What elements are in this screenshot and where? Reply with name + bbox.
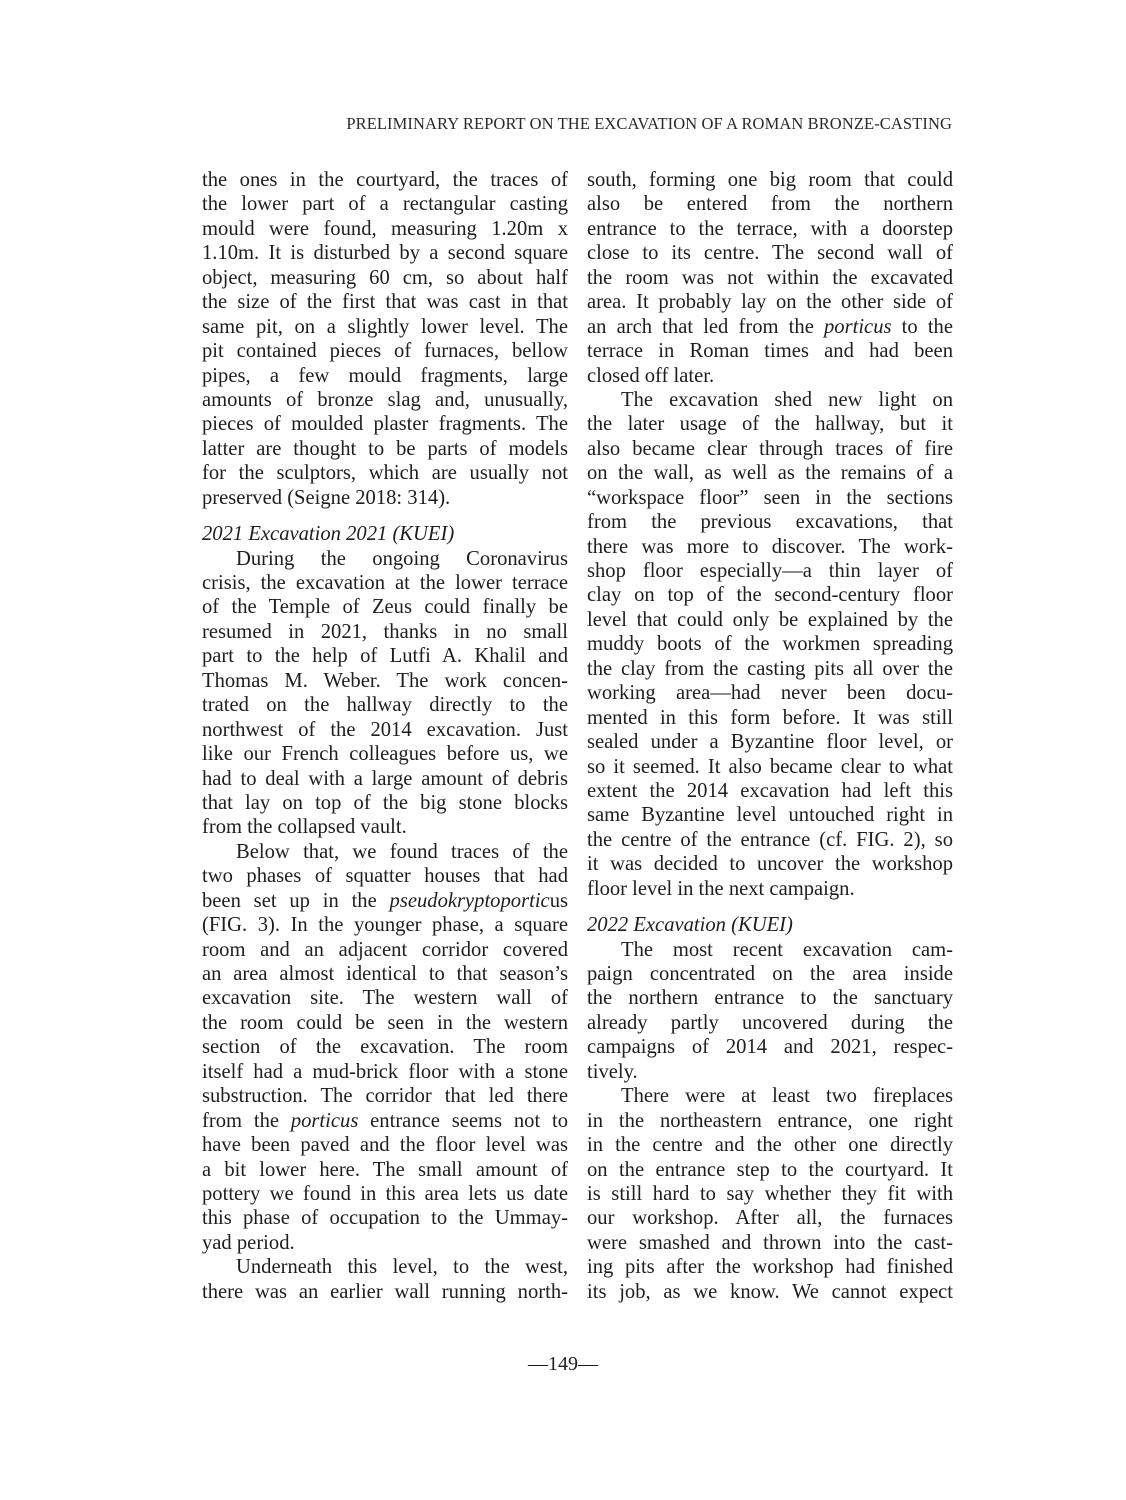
- text-line: extent the 2014 excavation had left this: [587, 779, 953, 803]
- text-line: Below that, we found traces of the: [202, 840, 568, 864]
- text-line: floor level in the next campaign.: [587, 877, 953, 901]
- text-line: an area almost identical to that season’…: [202, 962, 568, 986]
- text-line: there was an earlier wall running north-: [202, 1280, 568, 1304]
- text-line: area. It probably lay on the other side …: [587, 290, 953, 314]
- text-line: it was decided to uncover the workshop: [587, 852, 953, 876]
- text-line: campaigns of 2014 and 2021, respec-: [587, 1035, 953, 1059]
- text-line: Underneath this level, to the west,: [202, 1255, 568, 1279]
- text-line: sealed under a Byzantine floor level, or: [587, 730, 953, 754]
- text-line: were smashed and thrown into the cast-: [587, 1231, 953, 1255]
- text-line: like our French colleagues before us, we: [202, 742, 568, 766]
- text-line: the ones in the courtyard, the traces of: [202, 168, 568, 192]
- text-line: the clay from the casting pits all over …: [587, 657, 953, 681]
- text-line: is still hard to say whether they fit wi…: [587, 1182, 953, 1206]
- text-line: so it seemed. It also became clear to wh…: [587, 755, 953, 779]
- text-line: mented in this form before. It was still: [587, 706, 953, 730]
- text-line: (FIG. 3). In the younger phase, a square: [202, 913, 568, 937]
- text-line: had to deal with a large amount of debri…: [202, 767, 568, 791]
- text-line: closed off later.: [587, 364, 953, 388]
- text-line: substruction. The corridor that led ther…: [202, 1084, 568, 1108]
- text-line: muddy boots of the workmen spreading: [587, 632, 953, 656]
- text-line: an arch that led from the porticus to th…: [587, 315, 953, 339]
- text-line: a bit lower here. The small amount of: [202, 1158, 568, 1182]
- text-line: clay on top of the second-century floor: [587, 583, 953, 607]
- text-line: yad period.: [202, 1231, 568, 1255]
- italic-term: pseudokryptoportic: [390, 890, 550, 912]
- text-line: pottery we found in this area lets us da…: [202, 1182, 568, 1206]
- text-line: same Byzantine level untouched right in: [587, 803, 953, 827]
- text-line: object, measuring 60 cm, so about half: [202, 266, 568, 290]
- text-line: the northern entrance to the sanctuary: [587, 986, 953, 1010]
- left-column: the ones in the courtyard, the traces of…: [202, 168, 568, 1304]
- text-line: have been paved and the floor level was: [202, 1133, 568, 1157]
- text-line: of the Temple of Zeus could finally be: [202, 595, 568, 619]
- text-line: for the sculptors, which are usually not: [202, 461, 568, 485]
- text-line: this phase of occupation to the Ummay-: [202, 1206, 568, 1230]
- text-line: on the entrance step to the courtyard. I…: [587, 1158, 953, 1182]
- text-line: its job, as we know. We cannot expect: [587, 1280, 953, 1304]
- paragraph: During the ongoing Coronavirus crisis, t…: [202, 547, 568, 840]
- text-line: in the northeastern entrance, one right: [587, 1109, 953, 1133]
- right-column: south, forming one big room that could a…: [587, 168, 953, 1304]
- document-page: PRELIMINARY REPORT ON THE EXCAVATION OF …: [0, 0, 1126, 1500]
- text-run: entrance seems not to: [358, 1110, 568, 1132]
- text-line: crisis, the excavation at the lower terr…: [202, 571, 568, 595]
- text-line: tively.: [587, 1060, 953, 1084]
- text-line: amounts of bronze slag and, unusually,: [202, 388, 568, 412]
- text-line: There were at least two fireplaces: [587, 1084, 953, 1108]
- text-line: The excavation shed new light on: [587, 388, 953, 412]
- text-line: already partly uncovered during the: [587, 1011, 953, 1035]
- text-line: 1.10m. It is disturbed by a second squar…: [202, 241, 568, 265]
- text-line: room and an adjacent corridor covered: [202, 938, 568, 962]
- text-line: latter are thought to be parts of models: [202, 437, 568, 461]
- text-line: “workspace floor” seen in the sections: [587, 486, 953, 510]
- text-line: shop floor especially—a thin layer of: [587, 559, 953, 583]
- text-line: ing pits after the workshop had finished: [587, 1255, 953, 1279]
- text-line: south, forming one big room that could: [587, 168, 953, 192]
- text-line: entrance to the terrace, with a doorstep: [587, 217, 953, 241]
- text-run: to the: [892, 316, 953, 338]
- text-line: section of the excavation. The room: [202, 1035, 568, 1059]
- text-line: the room was not within the excavated: [587, 266, 953, 290]
- text-line: also became clear through traces of fire: [587, 437, 953, 461]
- text-line: mould were found, measuring 1.20m x: [202, 217, 568, 241]
- paragraph: the ones in the courtyard, the traces of…: [202, 168, 568, 510]
- paragraph: The excavation shed new light on the lat…: [587, 388, 953, 901]
- text-line: also be entered from the northern: [587, 192, 953, 216]
- text-line: the lower part of a rectangular casting: [202, 192, 568, 216]
- text-line: excavation site. The western wall of: [202, 986, 568, 1010]
- text-run: from the: [202, 1110, 291, 1132]
- text-line: in the centre and the other one directly: [587, 1133, 953, 1157]
- text-line: pipes, a few mould fragments, large: [202, 364, 568, 388]
- text-line: two phases of squatter houses that had: [202, 864, 568, 888]
- text-line: Thomas M. Weber. The work concen-: [202, 669, 568, 693]
- paragraph: Below that, we found traces of the two p…: [202, 840, 568, 1255]
- text-line: from the previous excavations, that: [587, 510, 953, 534]
- text-line: level that could only be explained by th…: [587, 608, 953, 632]
- text-line: During the ongoing Coronavirus: [202, 547, 568, 571]
- text-run: been set up in the: [202, 890, 390, 912]
- text-line: trated on the hallway directly to the: [202, 693, 568, 717]
- text-line: the size of the first that was cast in t…: [202, 290, 568, 314]
- italic-term: porticus: [824, 316, 892, 338]
- text-line: been set up in the pseudokryptoporticus: [202, 889, 568, 913]
- section-heading-2022: 2022 Excavation (KUEI): [587, 913, 953, 937]
- running-head: PRELIMINARY REPORT ON THE EXCAVATION OF …: [200, 114, 952, 134]
- text-line: northwest of the 2014 excavation. Just: [202, 718, 568, 742]
- text-line: the centre of the entrance (cf. FIG. 2),…: [587, 828, 953, 852]
- text-line: The most recent excavation cam-: [587, 938, 953, 962]
- text-line: there was more to discover. The work-: [587, 535, 953, 559]
- text-line: same pit, on a slightly lower level. The: [202, 315, 568, 339]
- text-line: terrace in Roman times and had been: [587, 339, 953, 363]
- paragraph: The most recent excavation cam- paign co…: [587, 938, 953, 1085]
- text-line: paign concentrated on the area inside: [587, 962, 953, 986]
- text-line: part to the help of Lutfi A. Khalil and: [202, 644, 568, 668]
- text-line: close to its centre. The second wall of: [587, 241, 953, 265]
- page-number: —149—: [0, 1353, 1126, 1376]
- text-line: our workshop. After all, the furnaces: [587, 1206, 953, 1230]
- text-line: preserved (Seigne 2018: 314).: [202, 486, 568, 510]
- text-line: that lay on top of the big stone blocks: [202, 791, 568, 815]
- text-line: itself had a mud-brick floor with a ston…: [202, 1060, 568, 1084]
- text-line: on the wall, as well as the remains of a: [587, 461, 953, 485]
- text-line: the room could be seen in the western: [202, 1011, 568, 1035]
- text-line: pit contained pieces of furnaces, bellow: [202, 339, 568, 363]
- text-line: resumed in 2021, thanks in no small: [202, 620, 568, 644]
- text-line: pieces of moulded plaster fragments. The: [202, 412, 568, 436]
- text-run: an arch that led from the: [587, 316, 824, 338]
- section-heading-2021: 2021 Excavation 2021 (KUEI): [202, 522, 568, 546]
- italic-term: porticus: [291, 1110, 359, 1132]
- text-line: from the porticus entrance seems not to: [202, 1109, 568, 1133]
- paragraph: south, forming one big room that could a…: [587, 168, 953, 388]
- text-run: us: [550, 890, 568, 912]
- paragraph: Underneath this level, to the west, ther…: [202, 1255, 568, 1304]
- text-line: from the collapsed vault.: [202, 815, 568, 839]
- text-line: the later usage of the hallway, but it: [587, 412, 953, 436]
- paragraph: There were at least two fireplaces in th…: [587, 1084, 953, 1304]
- text-line: working area—had never been docu-: [587, 681, 953, 705]
